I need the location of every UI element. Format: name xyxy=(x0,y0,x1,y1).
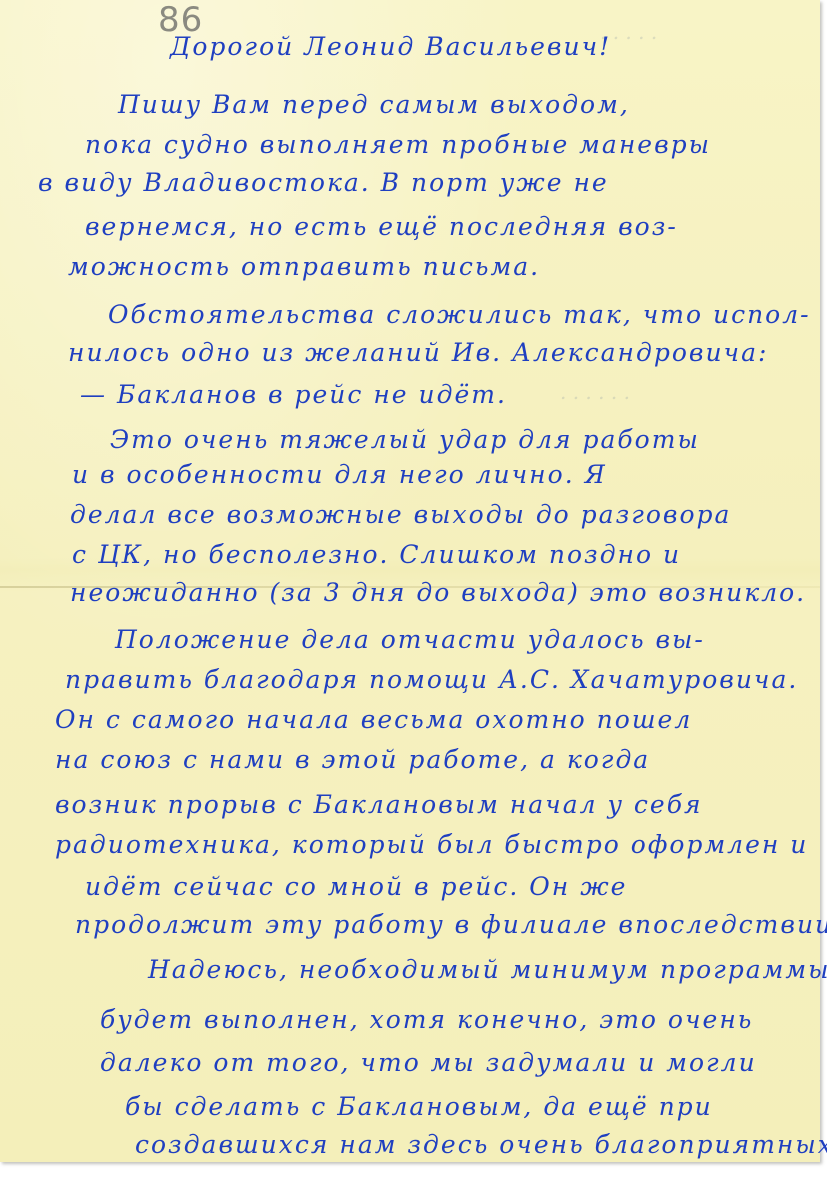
letter-line: создавшихся нам здесь очень благоприятны… xyxy=(135,1130,827,1159)
letter-line: с ЦК, но бесполезно. Слишком поздно и xyxy=(72,540,681,569)
letter-line: радиотехника, который был быстро оформле… xyxy=(55,830,808,859)
letter-line: вернемся, но есть ещё последняя воз- xyxy=(85,212,678,241)
letter-line: Обстоятельства сложились так, что испол- xyxy=(108,300,811,329)
letter-line: — Бакланов в рейс не идёт. xyxy=(80,380,507,409)
letter-line: продолжит эту работу в филиале впоследст… xyxy=(75,910,827,939)
letter-line: неожиданно (за 3 дня до выхода) это возн… xyxy=(70,578,806,607)
letter-line: и в особенности для него лично. Я xyxy=(72,460,607,489)
letter-line: возник прорыв с Баклановым начал у себя xyxy=(55,790,703,819)
letter-page: . . . . . . . . . . . 86 Дорогой Леонид … xyxy=(0,0,820,1162)
letter-line: Пишу Вам перед самым выходом, xyxy=(118,90,630,119)
bleed-through-text: . . . . . . xyxy=(560,380,630,404)
letter-salutation: Дорогой Леонид Васильевич! xyxy=(170,32,611,61)
letter-line: править благодаря помощи А.С. Хачатурови… xyxy=(65,665,798,694)
letter-line: идёт сейчас со мной в рейс. Он же xyxy=(85,872,627,901)
letter-line: в виду Владивостока. В порт уже не xyxy=(38,168,609,197)
letter-line: Положение дела отчасти удалось вы- xyxy=(115,625,705,654)
letter-line: можность отправить письма. xyxy=(68,252,540,281)
letter-line: Надеюсь, необходимый минимум программы xyxy=(148,955,827,984)
letter-line: на союз с нами в этой работе, а когда xyxy=(55,745,650,774)
letter-line: далеко от того, что мы задумали и могли xyxy=(100,1048,757,1077)
letter-line: нилось одно из желаний Ив. Александрович… xyxy=(68,338,768,367)
letter-line: бы сделать с Баклановым, да ещё при xyxy=(125,1092,713,1121)
letter-line: делал все возможные выходы до разговора xyxy=(70,500,731,529)
letter-line: Это очень тяжелый удар для работы xyxy=(110,425,700,454)
letter-line: будет выполнен, хотя конечно, это очень xyxy=(100,1005,753,1034)
letter-line: Он с самого начала весьма охотно пошел xyxy=(55,705,692,734)
letter-line: пока судно выполняет пробные маневры xyxy=(85,130,711,159)
